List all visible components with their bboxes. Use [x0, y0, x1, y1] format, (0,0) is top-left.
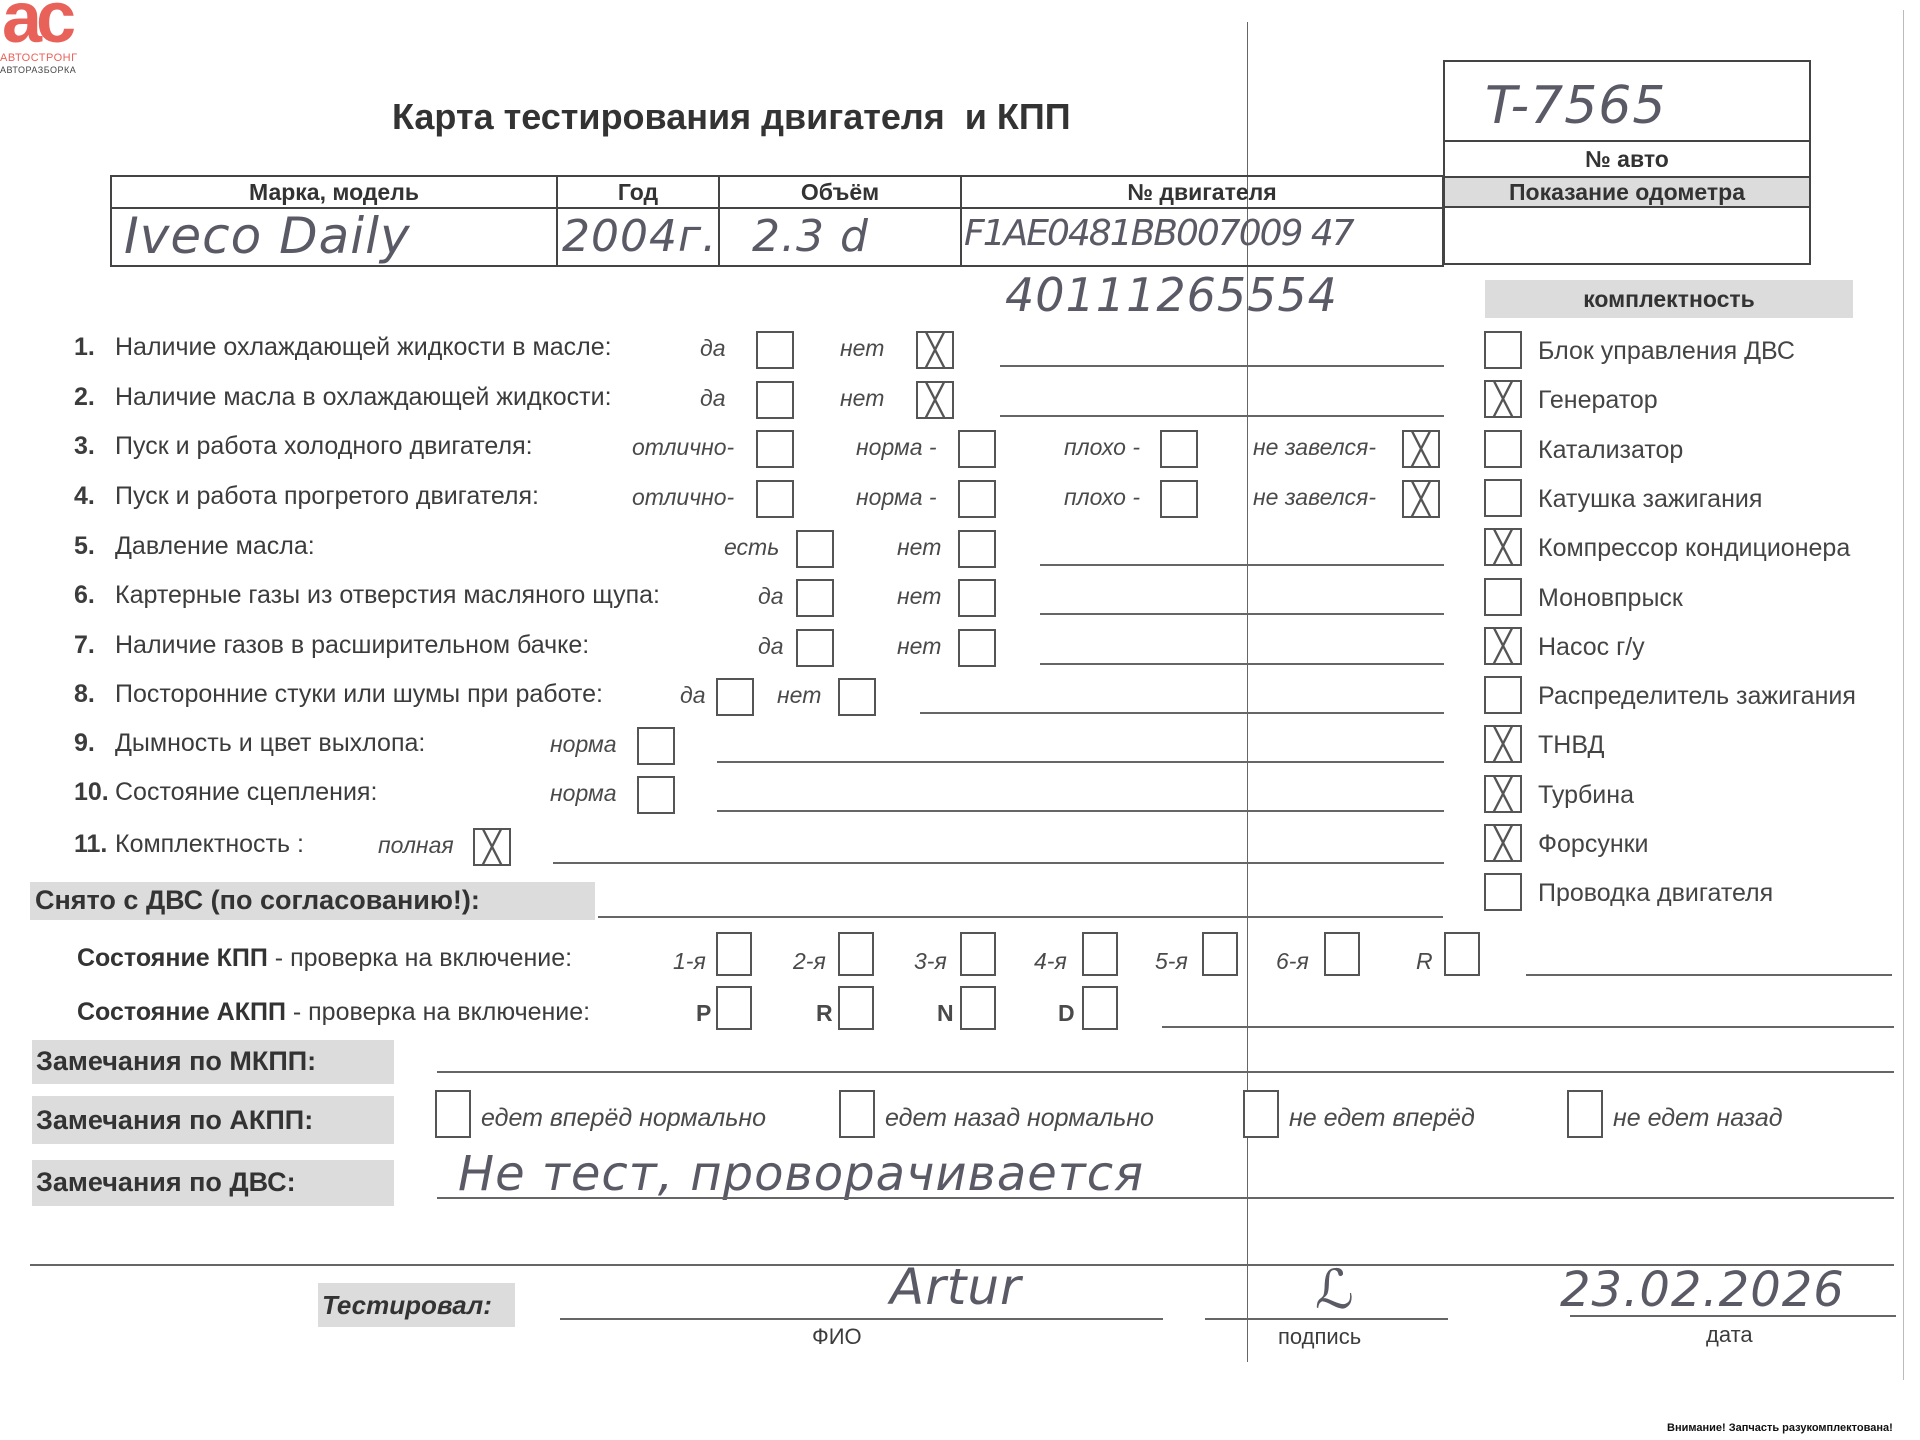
- remarks-dvs-value[interactable]: Не тест, проворачивается: [458, 1146, 1144, 1202]
- akpp-remark-box[interactable]: [839, 1090, 875, 1138]
- completeness-checkbox[interactable]: ╳: [1484, 725, 1522, 763]
- check-option-label: норма: [550, 731, 617, 758]
- remarks-dvs-label: Замечания по ДВС:: [36, 1167, 296, 1198]
- check-option-label: плохо -: [1064, 484, 1140, 511]
- check-number: 7.: [74, 631, 95, 660]
- check-mark-icon: ╳: [1404, 432, 1438, 467]
- check-option-box[interactable]: [958, 579, 996, 617]
- check-option-box[interactable]: [637, 727, 675, 765]
- check-notes-field[interactable]: [1040, 663, 1444, 665]
- check-option-label: да: [758, 633, 784, 660]
- check-mark-icon: ╳: [475, 830, 509, 865]
- akpp-remark-label: едет вперёд нормально: [481, 1104, 766, 1133]
- completeness-item-label: ТНВД: [1538, 731, 1604, 760]
- check-notes-field[interactable]: [1000, 415, 1444, 417]
- check-option-label: полная: [378, 832, 454, 859]
- akpp-notes-field[interactable]: [1162, 1026, 1894, 1028]
- check-option-box[interactable]: [958, 530, 996, 568]
- check-option-label: отлично-: [632, 484, 734, 511]
- completeness-checkbox[interactable]: ╳: [1484, 824, 1522, 862]
- check-label: Пуск и работа прогретого двигателя:: [115, 482, 539, 511]
- check-option-label: нет: [897, 583, 941, 610]
- check-label: Посторонние стуки или шумы при работе:: [115, 680, 603, 709]
- akpp-remark-label: едет назад нормально: [885, 1104, 1154, 1133]
- logo: ac АВТОСТРОНГ АВТОРАЗБОРКА: [0, 0, 105, 80]
- col-header-year: Год: [558, 179, 718, 206]
- check-option-label: не завелся-: [1253, 434, 1376, 461]
- removed-section-field[interactable]: [598, 916, 1443, 918]
- completeness-item-label: Компрессор кондиционера: [1538, 534, 1850, 563]
- check-option-label: да: [758, 583, 784, 610]
- check-label: Наличие охлаждающей жидкости в масле:: [115, 333, 612, 362]
- col-header-volume: Объём: [720, 179, 960, 206]
- akpp-gear-box[interactable]: [716, 986, 752, 1030]
- remarks-mkpp-field[interactable]: [437, 1071, 1894, 1073]
- check-label: Пуск и работа холодного двигателя:: [115, 432, 533, 461]
- col-header-engine-number: № двигателя: [962, 179, 1442, 206]
- check-notes-field[interactable]: [1040, 564, 1444, 566]
- kpp-gear-label: 6-я: [1276, 948, 1309, 975]
- model-value[interactable]: Iveco Daily: [124, 207, 411, 265]
- check-option-box[interactable]: [796, 530, 834, 568]
- kpp-gear-label: R: [1416, 948, 1433, 975]
- odometer-field[interactable]: [1445, 208, 1809, 263]
- kpp-gear-label: 2-я: [793, 948, 826, 975]
- check-option-label: да: [680, 682, 706, 709]
- remarks-mkpp-label: Замечания по МКПП:: [36, 1046, 316, 1077]
- completeness-item-label: Генератор: [1538, 386, 1658, 415]
- completeness-checkbox[interactable]: [1484, 479, 1522, 517]
- completeness-checkbox[interactable]: [1484, 578, 1522, 616]
- check-option-label: плохо -: [1064, 434, 1140, 461]
- kpp-gear-box[interactable]: [960, 932, 996, 976]
- akpp-gear-label: D: [1058, 1000, 1075, 1027]
- akpp-gear-label: N: [937, 1000, 954, 1027]
- check-option-box[interactable]: ╳: [916, 381, 954, 419]
- check-option-box[interactable]: [796, 629, 834, 667]
- year-value[interactable]: 2004г.: [562, 211, 717, 262]
- akpp-gear-box[interactable]: [838, 986, 874, 1030]
- check-option-label: нет: [777, 682, 821, 709]
- car-number-value: T-7565: [1485, 76, 1666, 136]
- kpp-gear-label: 5-я: [1155, 948, 1188, 975]
- check-option-box[interactable]: [958, 430, 996, 468]
- name-caption: ФИО: [812, 1324, 862, 1350]
- check-mark-icon: ╳: [1486, 826, 1520, 861]
- check-option-box[interactable]: [756, 381, 794, 419]
- completeness-checkbox[interactable]: [1484, 331, 1522, 369]
- completeness-checkbox[interactable]: ╳: [1484, 627, 1522, 665]
- check-option-box[interactable]: ╳: [916, 331, 954, 369]
- logo-mark: ac: [2, 0, 70, 54]
- check-option-label: нет: [840, 385, 884, 412]
- kpp-gear-box[interactable]: [838, 932, 874, 976]
- check-option-label: да: [700, 335, 726, 362]
- completeness-item-label: Блок управления ДВС: [1538, 337, 1795, 366]
- completeness-checkbox[interactable]: [1484, 430, 1522, 468]
- completeness-item-label: Турбина: [1538, 781, 1634, 810]
- check-mark-icon: ╳: [918, 333, 952, 368]
- check-mark-icon: ╳: [1486, 382, 1520, 417]
- completeness-checkbox[interactable]: [1484, 676, 1522, 714]
- remarks-akpp-label: Замечания по АКПП:: [36, 1105, 313, 1136]
- akpp-gear-box[interactable]: [960, 986, 996, 1030]
- check-option-label: нет: [840, 335, 884, 362]
- check-option-label: нет: [897, 534, 941, 561]
- vehicle-table: Марка, модель Год Объём № двигателя Ivec…: [110, 175, 1444, 267]
- check-mark-icon: ╳: [1404, 482, 1438, 517]
- check-notes-field[interactable]: [1040, 613, 1444, 615]
- check-option-label: не завелся-: [1253, 484, 1376, 511]
- check-option-box[interactable]: [838, 678, 876, 716]
- car-number-block: T-7565 № авто Показание одометра: [1443, 60, 1811, 265]
- logo-brand: АВТОСТРОНГ: [0, 52, 78, 64]
- check-option-box[interactable]: ╳: [1402, 480, 1440, 518]
- check-option-label: норма: [550, 780, 617, 807]
- kpp-gear-label: 1-я: [673, 948, 706, 975]
- check-number: 3.: [74, 432, 95, 461]
- check-notes-field[interactable]: [717, 810, 1444, 812]
- check-option-box[interactable]: ╳: [1402, 430, 1440, 468]
- check-option-label: отлично-: [632, 434, 734, 461]
- check-number: 10.: [74, 778, 109, 807]
- check-notes-field[interactable]: [1000, 365, 1444, 367]
- engine-number-line2[interactable]: 40111265554: [1005, 268, 1338, 322]
- check-option-box[interactable]: [716, 678, 754, 716]
- check-number: 8.: [74, 680, 95, 709]
- completeness-item-label: Катушка зажигания: [1538, 485, 1762, 514]
- completeness-item-label: Катализатор: [1538, 436, 1683, 465]
- akpp-remark-box[interactable]: [435, 1090, 471, 1138]
- kpp-gear-label: 4-я: [1034, 948, 1067, 975]
- check-mark-icon: ╳: [918, 383, 952, 418]
- akpp-remark-box[interactable]: [1567, 1090, 1603, 1138]
- check-option-box[interactable]: [756, 430, 794, 468]
- signature-field[interactable]: [1205, 1318, 1448, 1320]
- removed-section-label: Снято с ДВС (по согласованию!):: [35, 885, 480, 916]
- kpp-gear-box[interactable]: [716, 932, 752, 976]
- check-notes-field[interactable]: [553, 862, 1444, 864]
- check-option-label: норма -: [856, 434, 937, 461]
- akpp-remark-label: не едет вперёд: [1289, 1104, 1475, 1133]
- completeness-header: комплектность: [1485, 280, 1853, 318]
- kpp-gear-box[interactable]: [1082, 932, 1118, 976]
- check-label: Комплектность :: [115, 830, 304, 859]
- check-number: 11.: [74, 830, 107, 859]
- remarks-dvs-field[interactable]: [437, 1197, 1894, 1199]
- check-number: 6.: [74, 581, 95, 610]
- check-option-label: есть: [724, 534, 779, 561]
- volume-value[interactable]: 2.3 d: [752, 211, 869, 262]
- check-number: 9.: [74, 729, 95, 758]
- kpp-gear-box[interactable]: [1444, 932, 1480, 976]
- right-page-edge: [1903, 10, 1904, 1380]
- check-option-box[interactable]: [1160, 480, 1198, 518]
- tester-name[interactable]: Artur: [890, 1258, 1022, 1316]
- check-option-label: норма -: [856, 484, 937, 511]
- akpp-gear-label: P: [696, 1000, 711, 1027]
- akpp-label: Состояние АКПП - проверка на включение:: [77, 998, 590, 1027]
- kpp-label: Состояние КПП - проверка на включение:: [77, 944, 572, 973]
- col-header-model: Марка, модель: [112, 179, 556, 206]
- check-option-box[interactable]: [796, 579, 834, 617]
- check-number: 4.: [74, 482, 95, 511]
- check-option-label: нет: [897, 633, 941, 660]
- check-mark-icon: ╳: [1486, 629, 1520, 664]
- completeness-checkbox[interactable]: ╳: [1484, 528, 1522, 566]
- completeness-checkbox[interactable]: [1484, 873, 1522, 911]
- kpp-gear-label: 3-я: [914, 948, 947, 975]
- completeness-item-label: Форсунки: [1538, 830, 1649, 859]
- check-notes-field[interactable]: [717, 761, 1444, 763]
- check-option-box[interactable]: [1160, 430, 1198, 468]
- check-mark-icon: ╳: [1486, 727, 1520, 762]
- check-option-box[interactable]: ╳: [473, 828, 511, 866]
- check-option-box[interactable]: [958, 480, 996, 518]
- check-number: 1.: [74, 333, 95, 362]
- check-option-box[interactable]: [637, 776, 675, 814]
- akpp-remark-box[interactable]: [1243, 1090, 1279, 1138]
- footer-warning: Внимание! Запчасть разукомплектована!: [1667, 1422, 1893, 1434]
- page-title: Карта тестирования двигателя и КПП: [392, 96, 1071, 138]
- check-option-box[interactable]: [958, 629, 996, 667]
- completeness-item-label: Моновпрыск: [1538, 584, 1683, 613]
- check-mark-icon: ╳: [1486, 777, 1520, 812]
- tester-name-field[interactable]: [560, 1318, 1163, 1320]
- akpp-gear-box[interactable]: [1082, 986, 1118, 1030]
- logo-sub: АВТОРАЗБОРКА: [0, 65, 76, 75]
- check-number: 5.: [74, 532, 95, 561]
- check-option-label: да: [700, 385, 726, 412]
- completeness-item-label: Насос г/у: [1538, 633, 1645, 662]
- akpp-gear-label: R: [816, 1000, 833, 1027]
- signature[interactable]: ℒ: [1315, 1258, 1355, 1321]
- akpp-remark-label: не едет назад: [1613, 1104, 1783, 1133]
- completeness-checkbox[interactable]: ╳: [1484, 775, 1522, 813]
- engine-number-value[interactable]: F1AE0481BB007009 47: [964, 213, 1353, 254]
- check-label: Дымность и цвет выхлопа:: [115, 729, 425, 758]
- check-label: Состояние сцепления:: [115, 778, 377, 807]
- tested-by-label: Тестировал:: [322, 1290, 492, 1321]
- date-field[interactable]: [1570, 1315, 1896, 1317]
- check-mark-icon: ╳: [1486, 530, 1520, 565]
- date-caption: дата: [1706, 1322, 1753, 1348]
- check-label: Давление масла:: [115, 532, 315, 561]
- check-label: Картерные газы из отверстия масляного щу…: [115, 581, 660, 610]
- kpp-gear-box[interactable]: [1324, 932, 1360, 976]
- check-option-box[interactable]: [756, 480, 794, 518]
- test-date[interactable]: 23.02.2026: [1560, 1262, 1845, 1318]
- kpp-gear-box[interactable]: [1202, 932, 1238, 976]
- completeness-item-label: Распределитель зажигания: [1538, 682, 1856, 711]
- car-number-label: № авто: [1445, 146, 1809, 173]
- completeness-checkbox[interactable]: ╳: [1484, 380, 1522, 418]
- signature-caption: подпись: [1278, 1324, 1361, 1350]
- check-option-box[interactable]: [756, 331, 794, 369]
- odometer-label: Показание одометра: [1445, 179, 1809, 206]
- check-notes-field[interactable]: [920, 712, 1444, 714]
- kpp-notes-field[interactable]: [1526, 974, 1892, 976]
- check-label: Наличие газов в расширительном бачке:: [115, 631, 589, 660]
- check-number: 2.: [74, 383, 95, 412]
- completeness-item-label: Проводка двигателя: [1538, 879, 1773, 908]
- check-label: Наличие масла в охлаждающей жидкости:: [115, 383, 612, 412]
